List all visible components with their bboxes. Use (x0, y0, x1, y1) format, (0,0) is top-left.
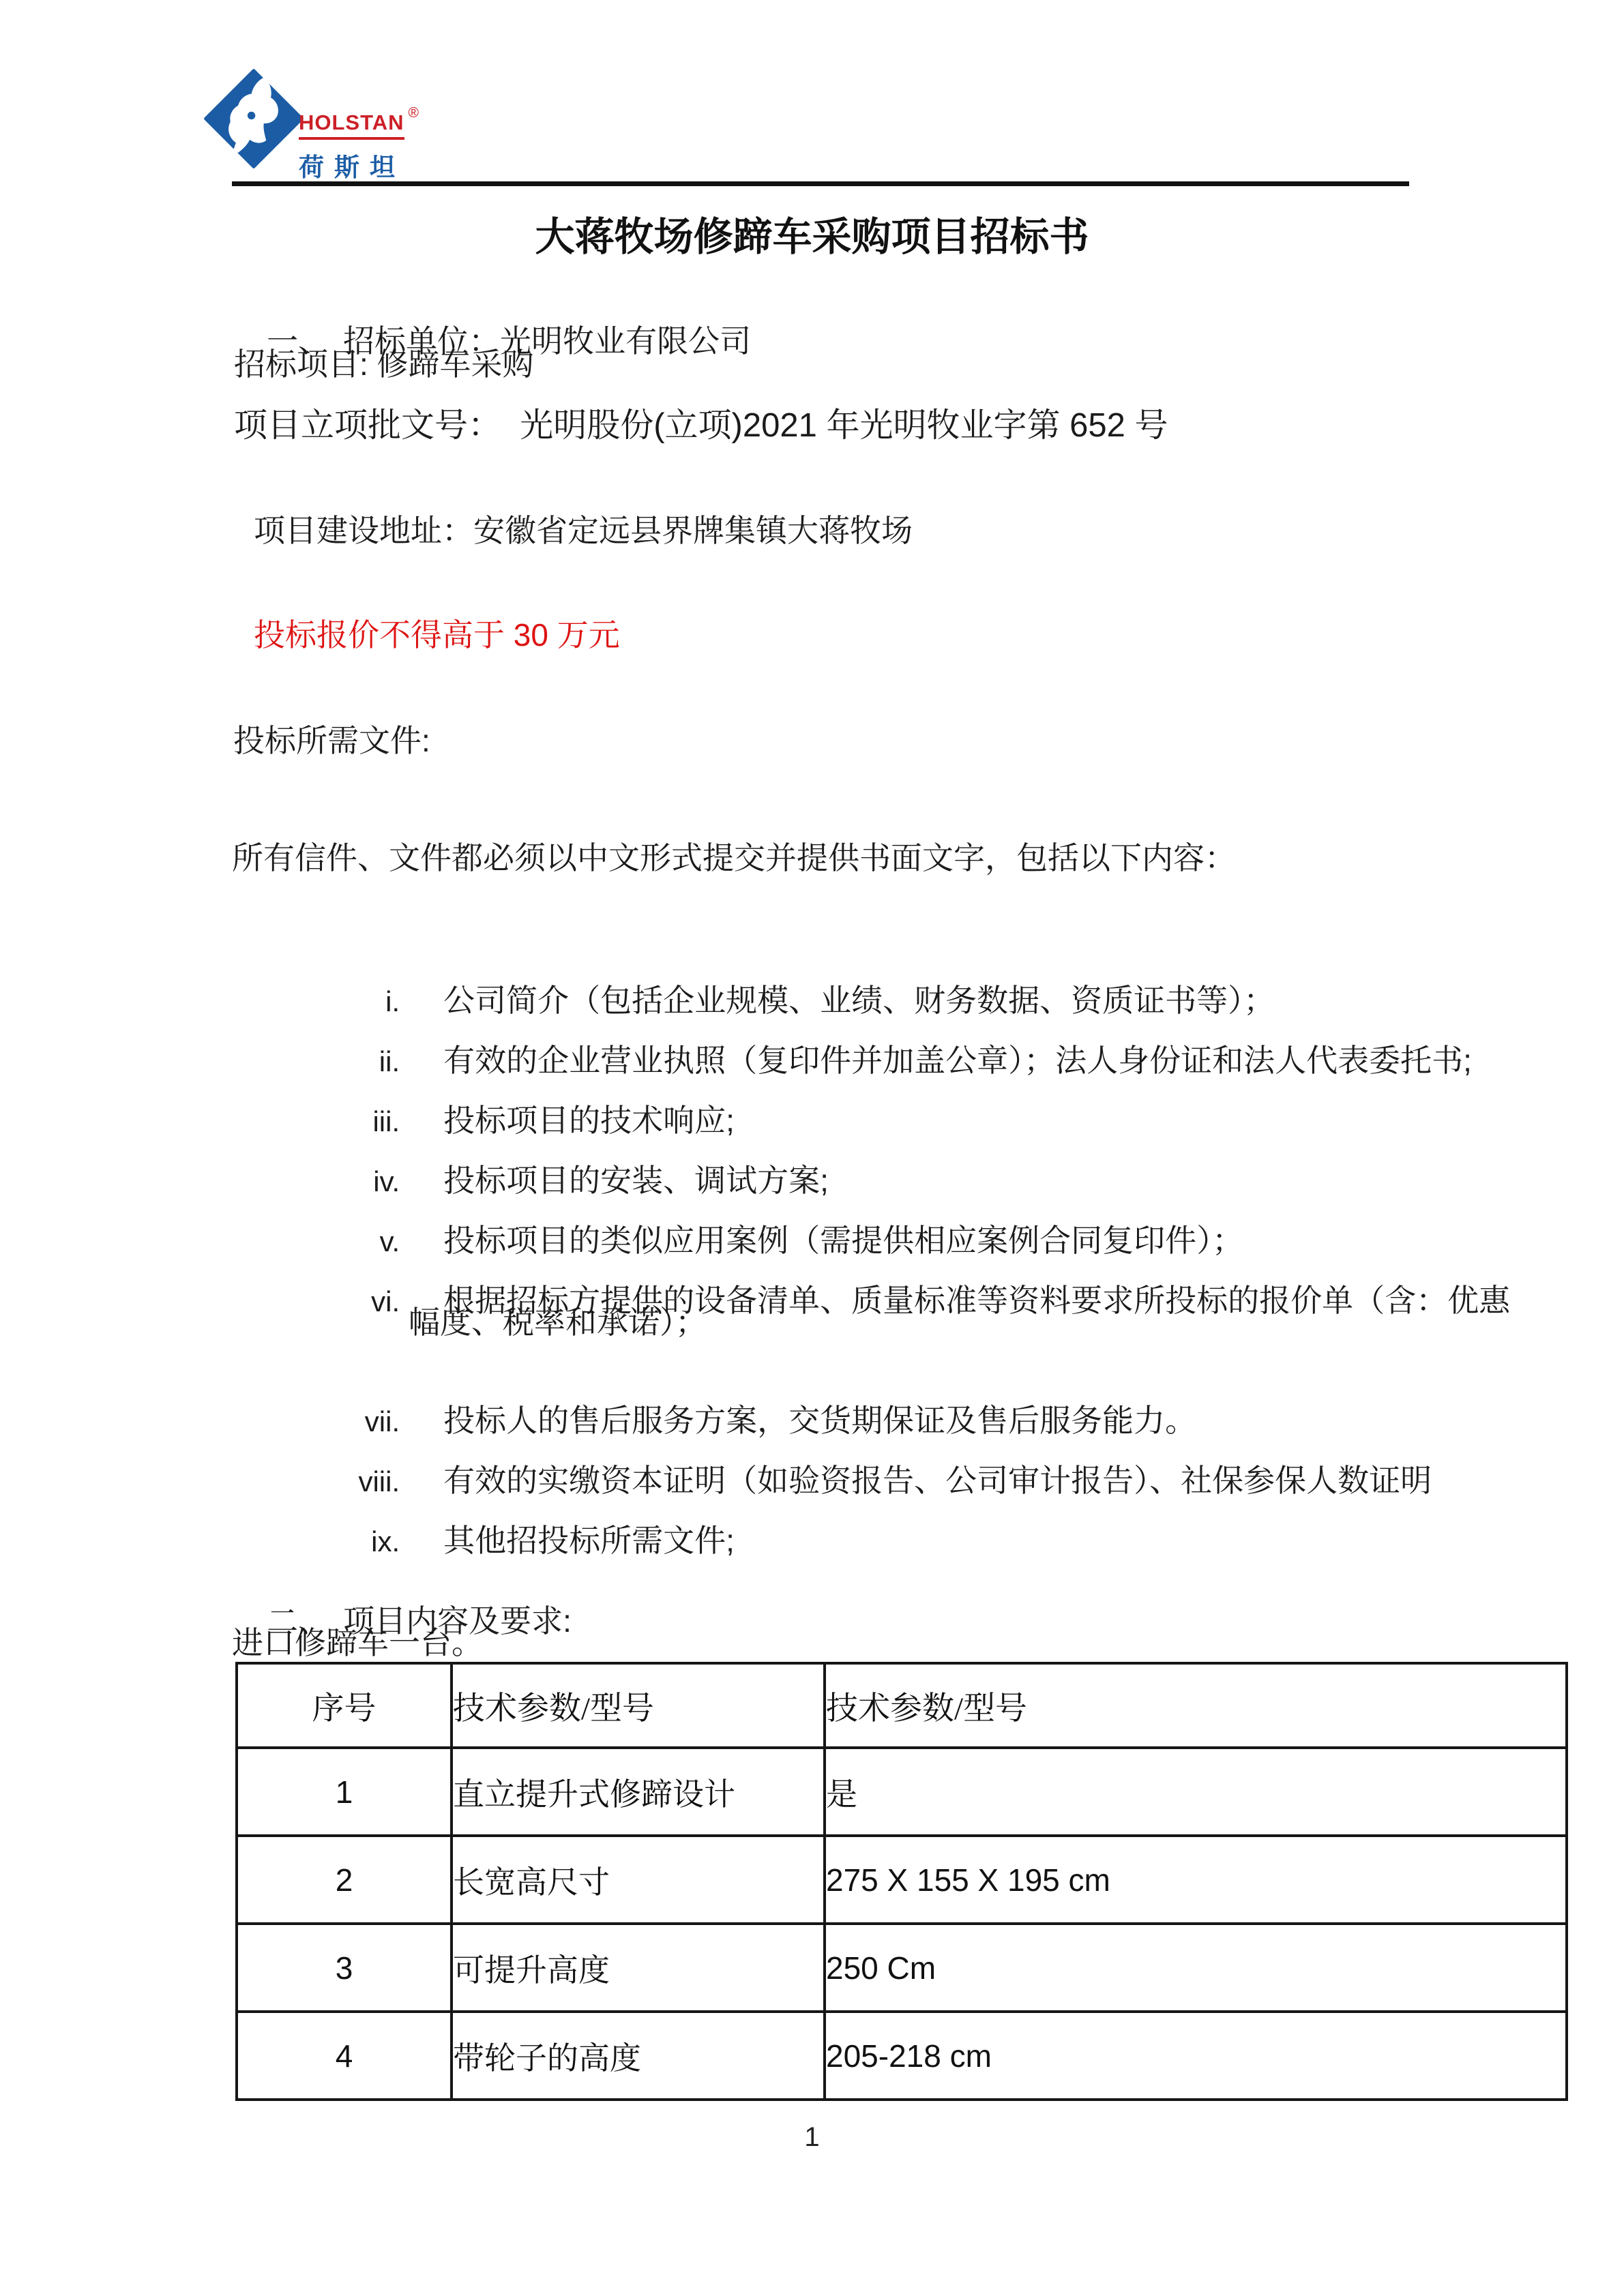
cow-eye-dot (248, 112, 255, 119)
line-construction-address: 项目建设地址：安徽省定远县界牌集镇大蒋牧场 (254, 511, 913, 550)
table-row-4: 4 带轮子的高度 205-218 cm (237, 2012, 1567, 2100)
col-header-index: 序号 (237, 1663, 452, 1748)
line-price-cap: 投标报价不得高于 30 万元 (254, 616, 620, 654)
row-1-index: 1 (237, 1748, 452, 1836)
row-3-index: 3 (237, 1924, 452, 2012)
line-docs-needed: 投标所需文件: (233, 721, 430, 760)
line-project: 招标项目: 修蹄车采购 (234, 345, 534, 383)
col-header-param-2: 技术参数/型号 (825, 1663, 1567, 1748)
row-4-index: 4 (237, 2012, 452, 2100)
table-row-3: 3 可提升高度 250 Cm (237, 1924, 1567, 2012)
req-item-vi: vi.根据招标方提供的设备清单、质量标准等资料要求所投标的报价单（含：优惠 (232, 1243, 1510, 1359)
table-row-2: 2 长宽高尺寸 275 X 155 X 195 cm (237, 1836, 1567, 1924)
brand-name: HOLSTAN (299, 110, 404, 140)
row-4-param: 带轮子的高度 (452, 2012, 825, 2100)
logo-text-block: HOLSTAN® 荷斯坦 (299, 105, 419, 183)
row-4-value: 205-218 cm (825, 2012, 1567, 2100)
line-approval-number: 项目立项批文号： 光明股份(立项)2021 年光明牧业字第 652 号 (234, 406, 1168, 445)
cow-head-diamond-icon (203, 68, 304, 169)
spec-table: 序号 技术参数/型号 技术参数/型号 1 直立提升式修蹄设计 是 2 长宽高尺寸… (235, 1662, 1568, 2101)
col-header-param-1: 技术参数/型号 (452, 1663, 825, 1748)
document-page: HOLSTAN® 荷斯坦 大蒋牧场修蹄车采购项目招标书 一、招标单位：光明牧业有… (0, 0, 1624, 2296)
row-1-value: 是 (825, 1748, 1567, 1836)
registered-trademark-icon: ® (409, 105, 419, 121)
line-docs-intro: 所有信件、文件都必须以中文形式提交并提供书面文字，包括以下内容： (232, 839, 1236, 877)
req-item-vi-continuation: 幅度、税率和承诺）； (409, 1303, 707, 1341)
row-2-value: 275 X 155 X 195 cm (825, 1836, 1567, 1924)
line-import-machine: 进口修蹄车一台。 (232, 1624, 483, 1662)
holstan-logo: HOLSTAN® 荷斯坦 (203, 67, 449, 176)
req-num-ix: ix. (267, 1523, 400, 1561)
page-number: 1 (0, 2122, 1624, 2153)
row-1-param: 直立提升式修蹄设计 (452, 1748, 825, 1836)
header-divider (232, 181, 1409, 186)
row-3-param: 可提升高度 (452, 1924, 825, 2012)
spec-table-header-row: 序号 技术参数/型号 技术参数/型号 (237, 1663, 1567, 1748)
row-2-index: 2 (237, 1836, 452, 1924)
table-row-1: 1 直立提升式修蹄设计 是 (237, 1748, 1567, 1836)
req-num-vi: vi. (267, 1283, 400, 1321)
brand-name-cjk: 荷斯坦 (299, 147, 419, 183)
req-text-ix: 其他招投标所需文件; (443, 1521, 735, 1560)
row-3-value: 250 Cm (825, 1924, 1567, 2012)
page-title: 大蒋牧场修蹄车采购项目招标书 (0, 205, 1624, 262)
row-2-param: 长宽高尺寸 (452, 1836, 825, 1924)
